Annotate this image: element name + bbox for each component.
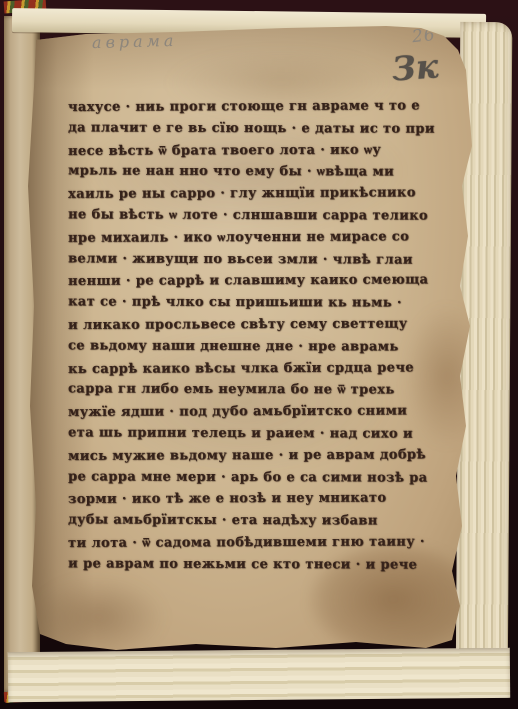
manuscript-line: мужїе ядши · под дубо амьбрїитско сними [68, 400, 468, 424]
manuscript-line: не бы вѣсть ѡ лоте · слншавши сарра тели… [68, 204, 468, 227]
quire-mark: Зк [391, 46, 440, 88]
manuscript-line: кь саррѣ каико вѣсы члка бжїи срдца рече [68, 357, 468, 381]
parchment-page: аврама 26 Зк чахусе · ниь проги стоюще г… [26, 26, 478, 660]
manuscript-line: хаиль ре ны сарро · глу жнщїи прикѣснико [68, 182, 468, 206]
manuscript-line: дубы амьбрїитскы · ета надѣху избавн [68, 509, 468, 532]
manuscript-line: ти лота · ѿ садома побѣдившеми гню таину… [68, 531, 468, 555]
manuscript-line: и ре аврам по нежьми се кто тнеси · и ре… [68, 553, 468, 576]
manuscript-line: мись мужие вьдому наше · и ре аврам добр… [68, 444, 468, 468]
manuscript-line: кат се · прѣ члко сы пришьиши кь ньмь · [68, 291, 468, 314]
manuscript-line: мрьль не нан нно что ему бы · ѡвѣща ми [68, 161, 468, 184]
manuscript-line: чахусе · ниь проги стоюще гн авраме ч то… [68, 95, 468, 119]
manuscript-line: ре сарра мне мери · арь бо е са сими ноз… [68, 466, 468, 489]
manuscript-line: се вьдому наши днешне дне · нре аврамь [68, 335, 468, 358]
manuscript-line: зорми · ико тѣ же е нозѣ и неу мникато [68, 487, 468, 511]
stain-bottom-gutter [34, 578, 164, 656]
manuscript-line: несе вѣсть ѿ брата твоего лота · ико ѡу [68, 139, 468, 163]
manuscript-line: и ликако просльвесе свѣту сему светтещу [68, 313, 468, 337]
manuscript-photo: аврама 26 Зк чахусе · ниь проги стоюще г… [0, 0, 518, 709]
manuscript-line: сарра гн либо емь неумила бо не ѿ трехь [68, 379, 468, 402]
manuscript-line: нре михаиль · ико ѡлоученни не мирасе со [68, 226, 468, 250]
manuscript-line: да плачит е ге вь сїю нощь · е даты ис т… [68, 117, 468, 140]
pencil-gloss: аврама [92, 31, 178, 52]
manuscript-line: ета шь припни телець и раием · над сихо … [68, 422, 468, 445]
manuscript-line: ненши · ре саррѣ и славшиму каико смеюща [68, 270, 468, 294]
text-block: чахусе · ниь проги стоюще гн авраме ч то… [68, 96, 468, 576]
manuscript-line: велми · живущи по вьсеи змли · члвѣ глаи [68, 248, 468, 271]
bottom-page-edges [8, 648, 510, 702]
